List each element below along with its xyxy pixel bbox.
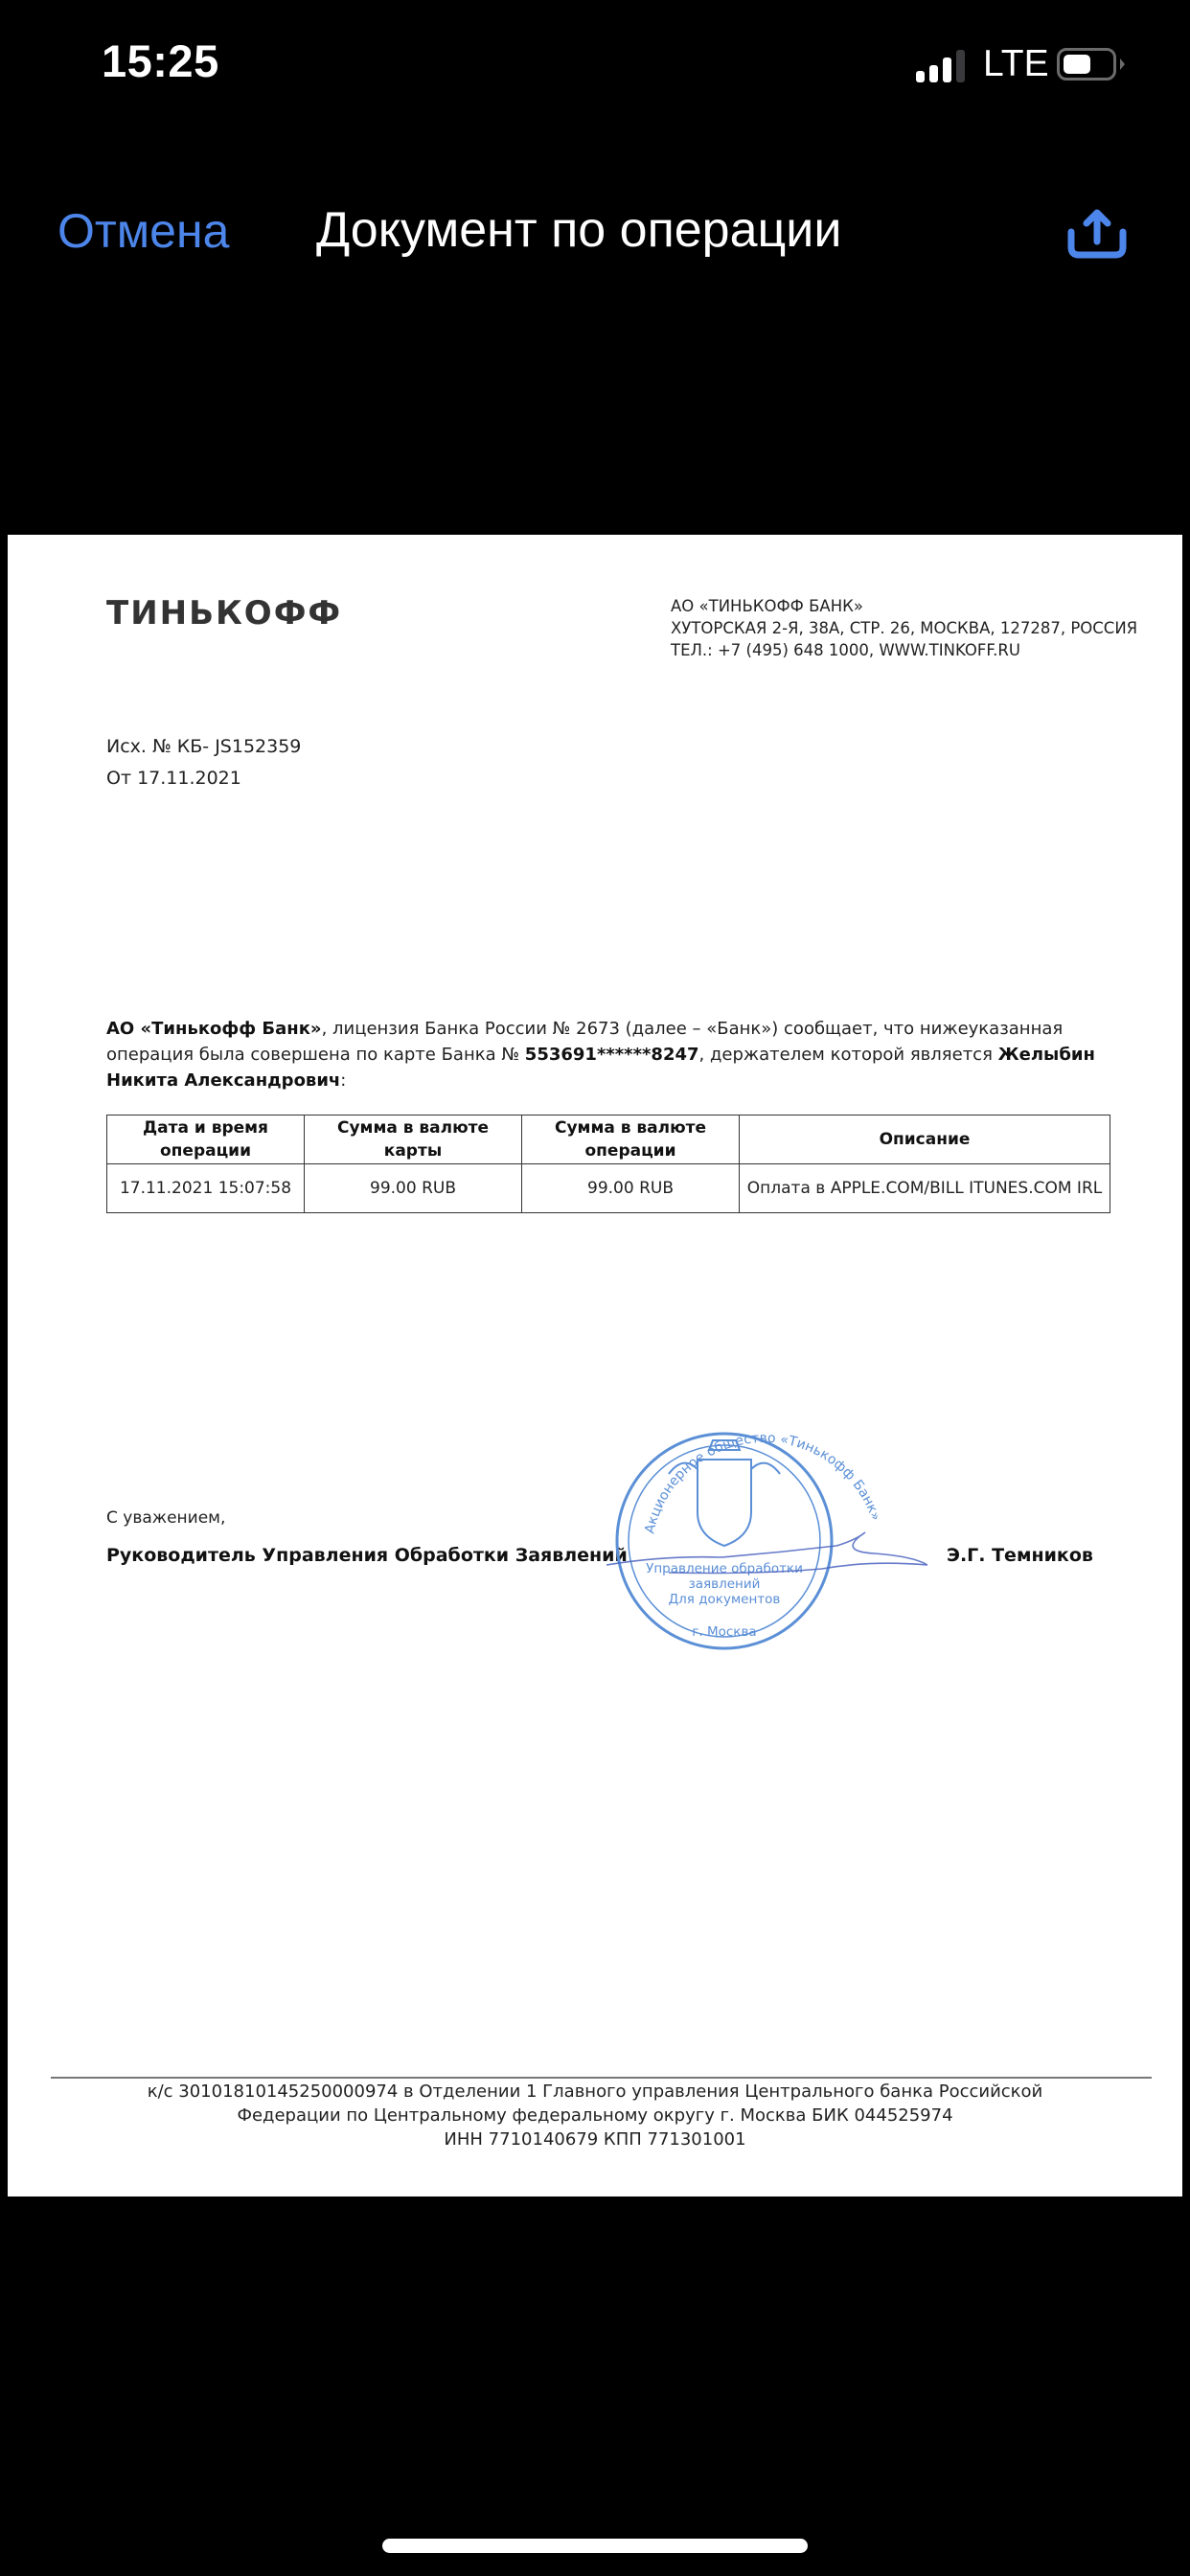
stamp-outer-text: Акционерное общество «Тинькофф Банк»: [642, 1431, 883, 1535]
share-icon: [1064, 205, 1131, 263]
intro-text: , держателем которой является: [699, 1045, 998, 1065]
bank-address-line: ТЕЛ.: +7 (495) 648 1000, WWW.TINKOFF.RU: [671, 639, 1137, 661]
signal-strength-icon: [916, 50, 970, 82]
table-header-row: Дата и время операции Сумма в валюте кар…: [107, 1115, 1110, 1164]
column-header-operation-amount: Сумма в валюте операции: [522, 1115, 740, 1164]
cell-card-amount: 99.00 RUB: [305, 1164, 522, 1213]
bank-name: АО «Тинькофф Банк»: [106, 1019, 322, 1039]
column-header-card-amount: Сумма в валюте карты: [305, 1115, 522, 1164]
outgoing-reference: Исх. № КБ- JS152359 От 17.11.2021: [106, 731, 301, 794]
bank-address-line: АО «ТИНЬКОФФ БАНК»: [671, 595, 1137, 617]
stamp-line: заявлений: [689, 1576, 761, 1592]
bank-address-line: ХУТОРСКАЯ 2-Я, 38А, СТР. 26, МОСКВА, 127…: [671, 617, 1137, 639]
signer-title: Руководитель Управления Обработки Заявле…: [106, 1545, 628, 1566]
cell-operation-amount: 99.00 RUB: [522, 1164, 740, 1213]
signer-name: Э.Г. Темников: [947, 1545, 1093, 1566]
bank-stamp: Акционерное общество «Тинькофф Банк» Упр…: [602, 1421, 927, 1661]
operations-table: Дата и время операции Сумма в валюте кар…: [106, 1115, 1110, 1213]
footer-divider: [51, 2077, 1152, 2079]
requisites-line: ИНН 7710140679 КПП 771301001: [8, 2127, 1182, 2151]
battery-level: [1064, 55, 1090, 74]
status-time: 15:25: [102, 34, 219, 87]
share-button[interactable]: [1064, 205, 1131, 263]
column-header-datetime: Дата и время операции: [107, 1115, 305, 1164]
cell-description: Оплата в APPLE.COM/BILL ITUNES.COM IRL: [740, 1164, 1110, 1213]
requisites-line: к/с 30101810145250000974 в Отделении 1 Г…: [8, 2080, 1182, 2104]
stamp-line: Управление обработки: [646, 1561, 803, 1576]
intro-paragraph: АО «Тинькофф Банк», лицензия Банка Росси…: [106, 1016, 1122, 1093]
card-number: 553691******8247: [525, 1045, 699, 1065]
cancel-button[interactable]: Отмена: [57, 203, 229, 259]
regards-text: С уважением,: [106, 1508, 225, 1528]
intro-text: :: [340, 1070, 346, 1091]
home-indicator[interactable]: [382, 2539, 808, 2553]
battery-icon: [1057, 48, 1116, 80]
bank-address: АО «ТИНЬКОФФ БАНК» ХУТОРСКАЯ 2-Я, 38А, С…: [671, 595, 1137, 661]
requisites-line: Федерации по Центральному федеральному о…: [8, 2104, 1182, 2127]
bank-requisites: к/с 30101810145250000974 в Отделении 1 Г…: [8, 2080, 1182, 2151]
column-header-description: Описание: [740, 1115, 1110, 1164]
outgoing-date: От 17.11.2021: [106, 763, 301, 794]
network-type: LTE: [983, 43, 1049, 85]
stamp-line: Для документов: [669, 1592, 781, 1607]
outgoing-number: Исх. № КБ- JS152359: [106, 731, 301, 763]
cell-datetime: 17.11.2021 15:07:58: [107, 1164, 305, 1213]
battery-cap: [1120, 58, 1125, 70]
stamp-city: г. Москва: [692, 1624, 756, 1640]
page-title: Документ по операции: [316, 201, 841, 259]
table-row: 17.11.2021 15:07:58 99.00 RUB 99.00 RUB …: [107, 1164, 1110, 1213]
tinkoff-logo: ТИНЬКОФФ: [106, 594, 342, 632]
operation-document: ТИНЬКОФФ АО «ТИНЬКОФФ БАНК» ХУТОРСКАЯ 2-…: [8, 535, 1182, 2196]
